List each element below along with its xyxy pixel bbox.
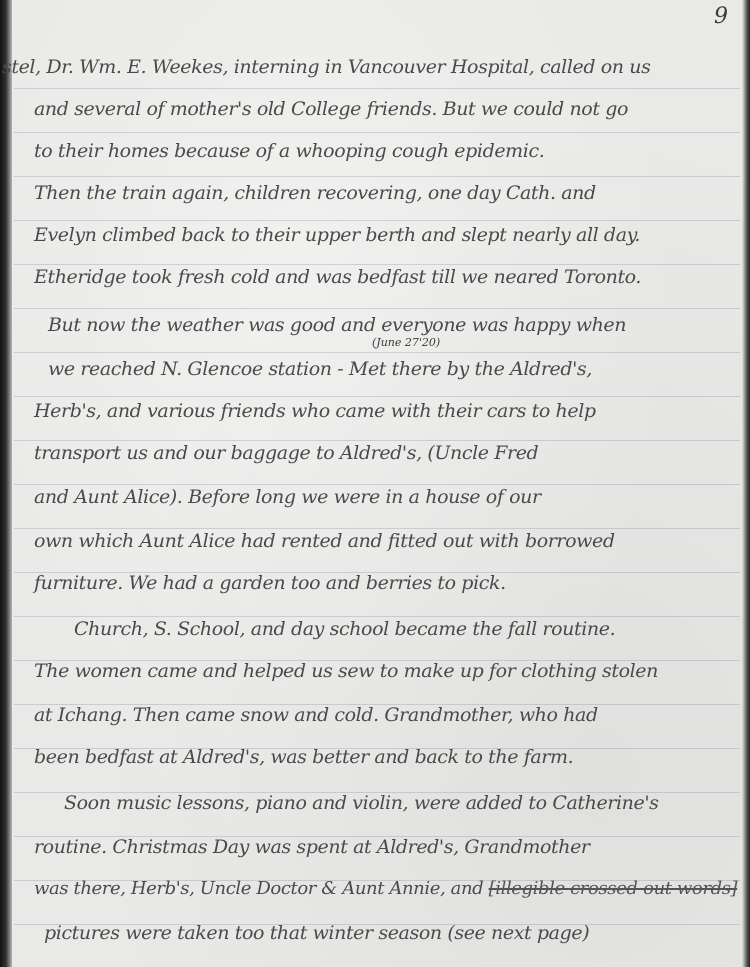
text-line: routine. Christmas Day was spent at Aldr… (34, 836, 590, 858)
text-line: been bedfast at Aldred's, was better and… (34, 746, 573, 768)
ruled-line (14, 132, 740, 133)
text-line: at Ichang. Then came snow and cold. Gran… (34, 704, 598, 726)
struck-out-text: [illegible crossed-out words] (489, 878, 738, 899)
text-line: pictures were taken too that winter seas… (44, 922, 589, 944)
text-line: stel, Dr. Wm. E. Weekes, interning in Va… (2, 56, 650, 78)
ruled-line (14, 484, 740, 485)
text-line: The women came and helped us sew to make… (34, 660, 658, 682)
ruled-line (14, 440, 740, 441)
journal-page: 9 stel, Dr. Wm. E. Weekes, interning in … (0, 0, 750, 967)
text-line: furniture. We had a garden too and berri… (34, 572, 506, 594)
text-line: to their homes because of a whooping cou… (34, 140, 544, 162)
ruled-line (14, 176, 740, 177)
text-line: transport us and our baggage to Aldred's… (34, 442, 538, 464)
binding-shadow (0, 0, 12, 967)
page-number: 9 (714, 4, 728, 29)
ruled-line (14, 264, 740, 265)
ruled-line (14, 616, 740, 617)
ruled-line (14, 220, 740, 221)
text-line: Then the train again, children recoverin… (34, 182, 596, 204)
text-line: own which Aunt Alice had rented and fitt… (34, 530, 615, 552)
ruled-line (14, 308, 740, 309)
date-annotation: (June 27'20) (372, 336, 440, 349)
text-line: Soon music lessons, piano and violin, we… (64, 792, 659, 814)
text-line: and several of mother's old College frie… (34, 98, 628, 120)
text-line: Church, S. School, and day school became… (74, 618, 615, 640)
text-line-content: was there, Herb's, Uncle Doctor & Aunt A… (34, 878, 483, 899)
text-line: Etheridge took fresh cold and was bedfas… (34, 266, 641, 288)
ruled-line (14, 352, 740, 353)
text-line: Evelyn climbed back to their upper berth… (34, 224, 640, 246)
ruled-line (14, 88, 740, 89)
page-edge (742, 0, 750, 967)
text-line: was there, Herb's, Uncle Doctor & Aunt A… (34, 878, 737, 899)
text-line: and Aunt Alice). Before long we were in … (34, 486, 541, 508)
text-line: But now the weather was good and everyon… (48, 314, 626, 336)
text-line: we reached N. Glencoe station - Met ther… (48, 358, 592, 380)
ruled-line (14, 396, 740, 397)
ruled-line (14, 528, 740, 529)
text-line: Herb's, and various friends who came wit… (34, 400, 596, 422)
